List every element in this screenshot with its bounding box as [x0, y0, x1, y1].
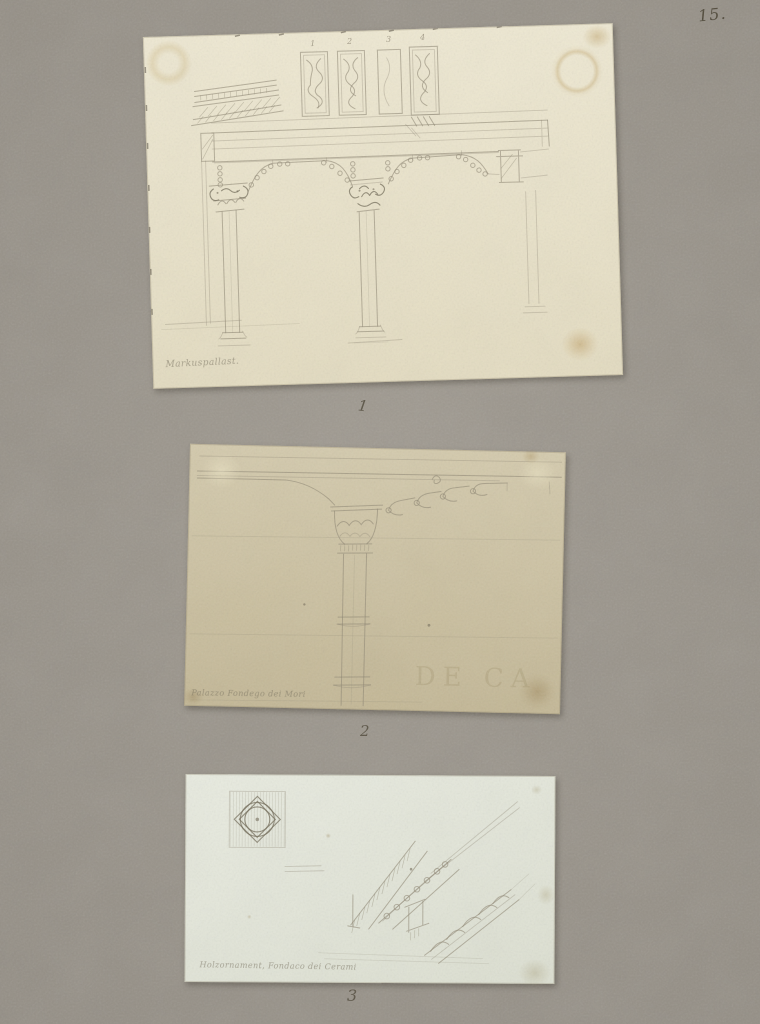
- panel-number: 3: [386, 35, 391, 44]
- figure-number-3: 3: [347, 986, 357, 1005]
- figure-number-2: 2: [360, 722, 370, 740]
- drawing-sheet-3: Holzornament, Fondaco dei Cerami: [184, 774, 555, 984]
- capital: [330, 504, 383, 554]
- figure-number-1: 1: [357, 396, 369, 415]
- page-number: 15.: [697, 4, 727, 26]
- panel-number: 4: [419, 33, 425, 42]
- knot-ornament: [229, 791, 285, 847]
- drawing-sheet-1: 1 2 3 4: [143, 23, 623, 389]
- album-page: 15. 1 2 3 4: [0, 0, 760, 1024]
- paper-watermark: DE CA: [414, 662, 536, 695]
- binding-marks: [144, 26, 510, 314]
- cornice-perspective: [285, 801, 536, 964]
- panel-number: 1: [310, 39, 315, 48]
- corbels: [386, 480, 507, 517]
- sheet-3-drawing: [184, 774, 555, 984]
- sheet-2-caption: Palazzo Fondego dei Mori: [191, 688, 305, 699]
- middle-column: [349, 178, 389, 343]
- cornice-study: [190, 80, 283, 126]
- garland-loops: [217, 154, 487, 188]
- sheet-1-drawing: 1 2 3 4: [143, 23, 623, 389]
- drawing-sheet-2: DE CA Palazzo Fondego dei Mori: [184, 444, 566, 714]
- loggia-elevation: [155, 110, 555, 349]
- right-pier: [496, 149, 553, 313]
- panel-number: 2: [346, 37, 352, 46]
- sheet-2-drawing: DE CA: [184, 444, 566, 714]
